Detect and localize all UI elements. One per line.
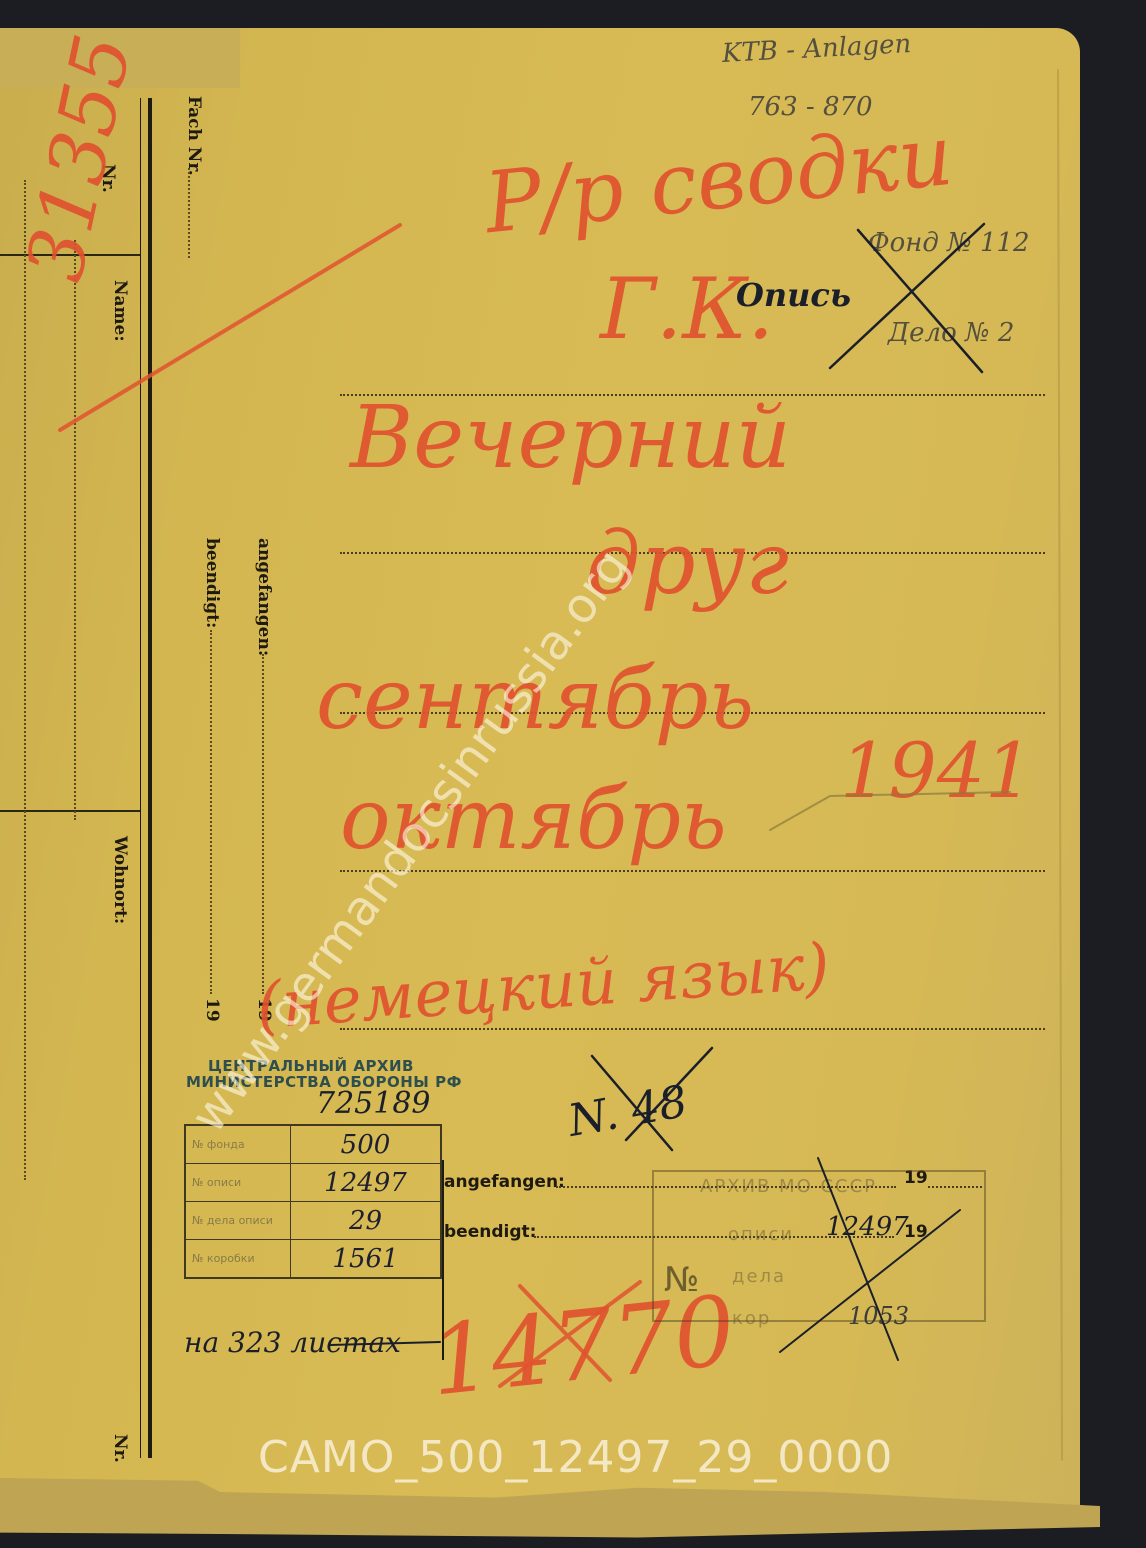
ink-cross-stamp: [780, 1158, 960, 1360]
image-caption: CAMO_500_12497_29_0000: [258, 1432, 893, 1483]
sheets-underline: [330, 1342, 440, 1345]
red-cross-number: [500, 1282, 640, 1386]
paper-tear: [770, 792, 1010, 830]
paper-edge: [1058, 70, 1062, 1460]
ink-cross-n: [592, 1048, 712, 1150]
red-slash-stroke: [60, 225, 400, 430]
pen-strokes: [0, 0, 1146, 1548]
ink-cross-fund: [830, 224, 984, 372]
